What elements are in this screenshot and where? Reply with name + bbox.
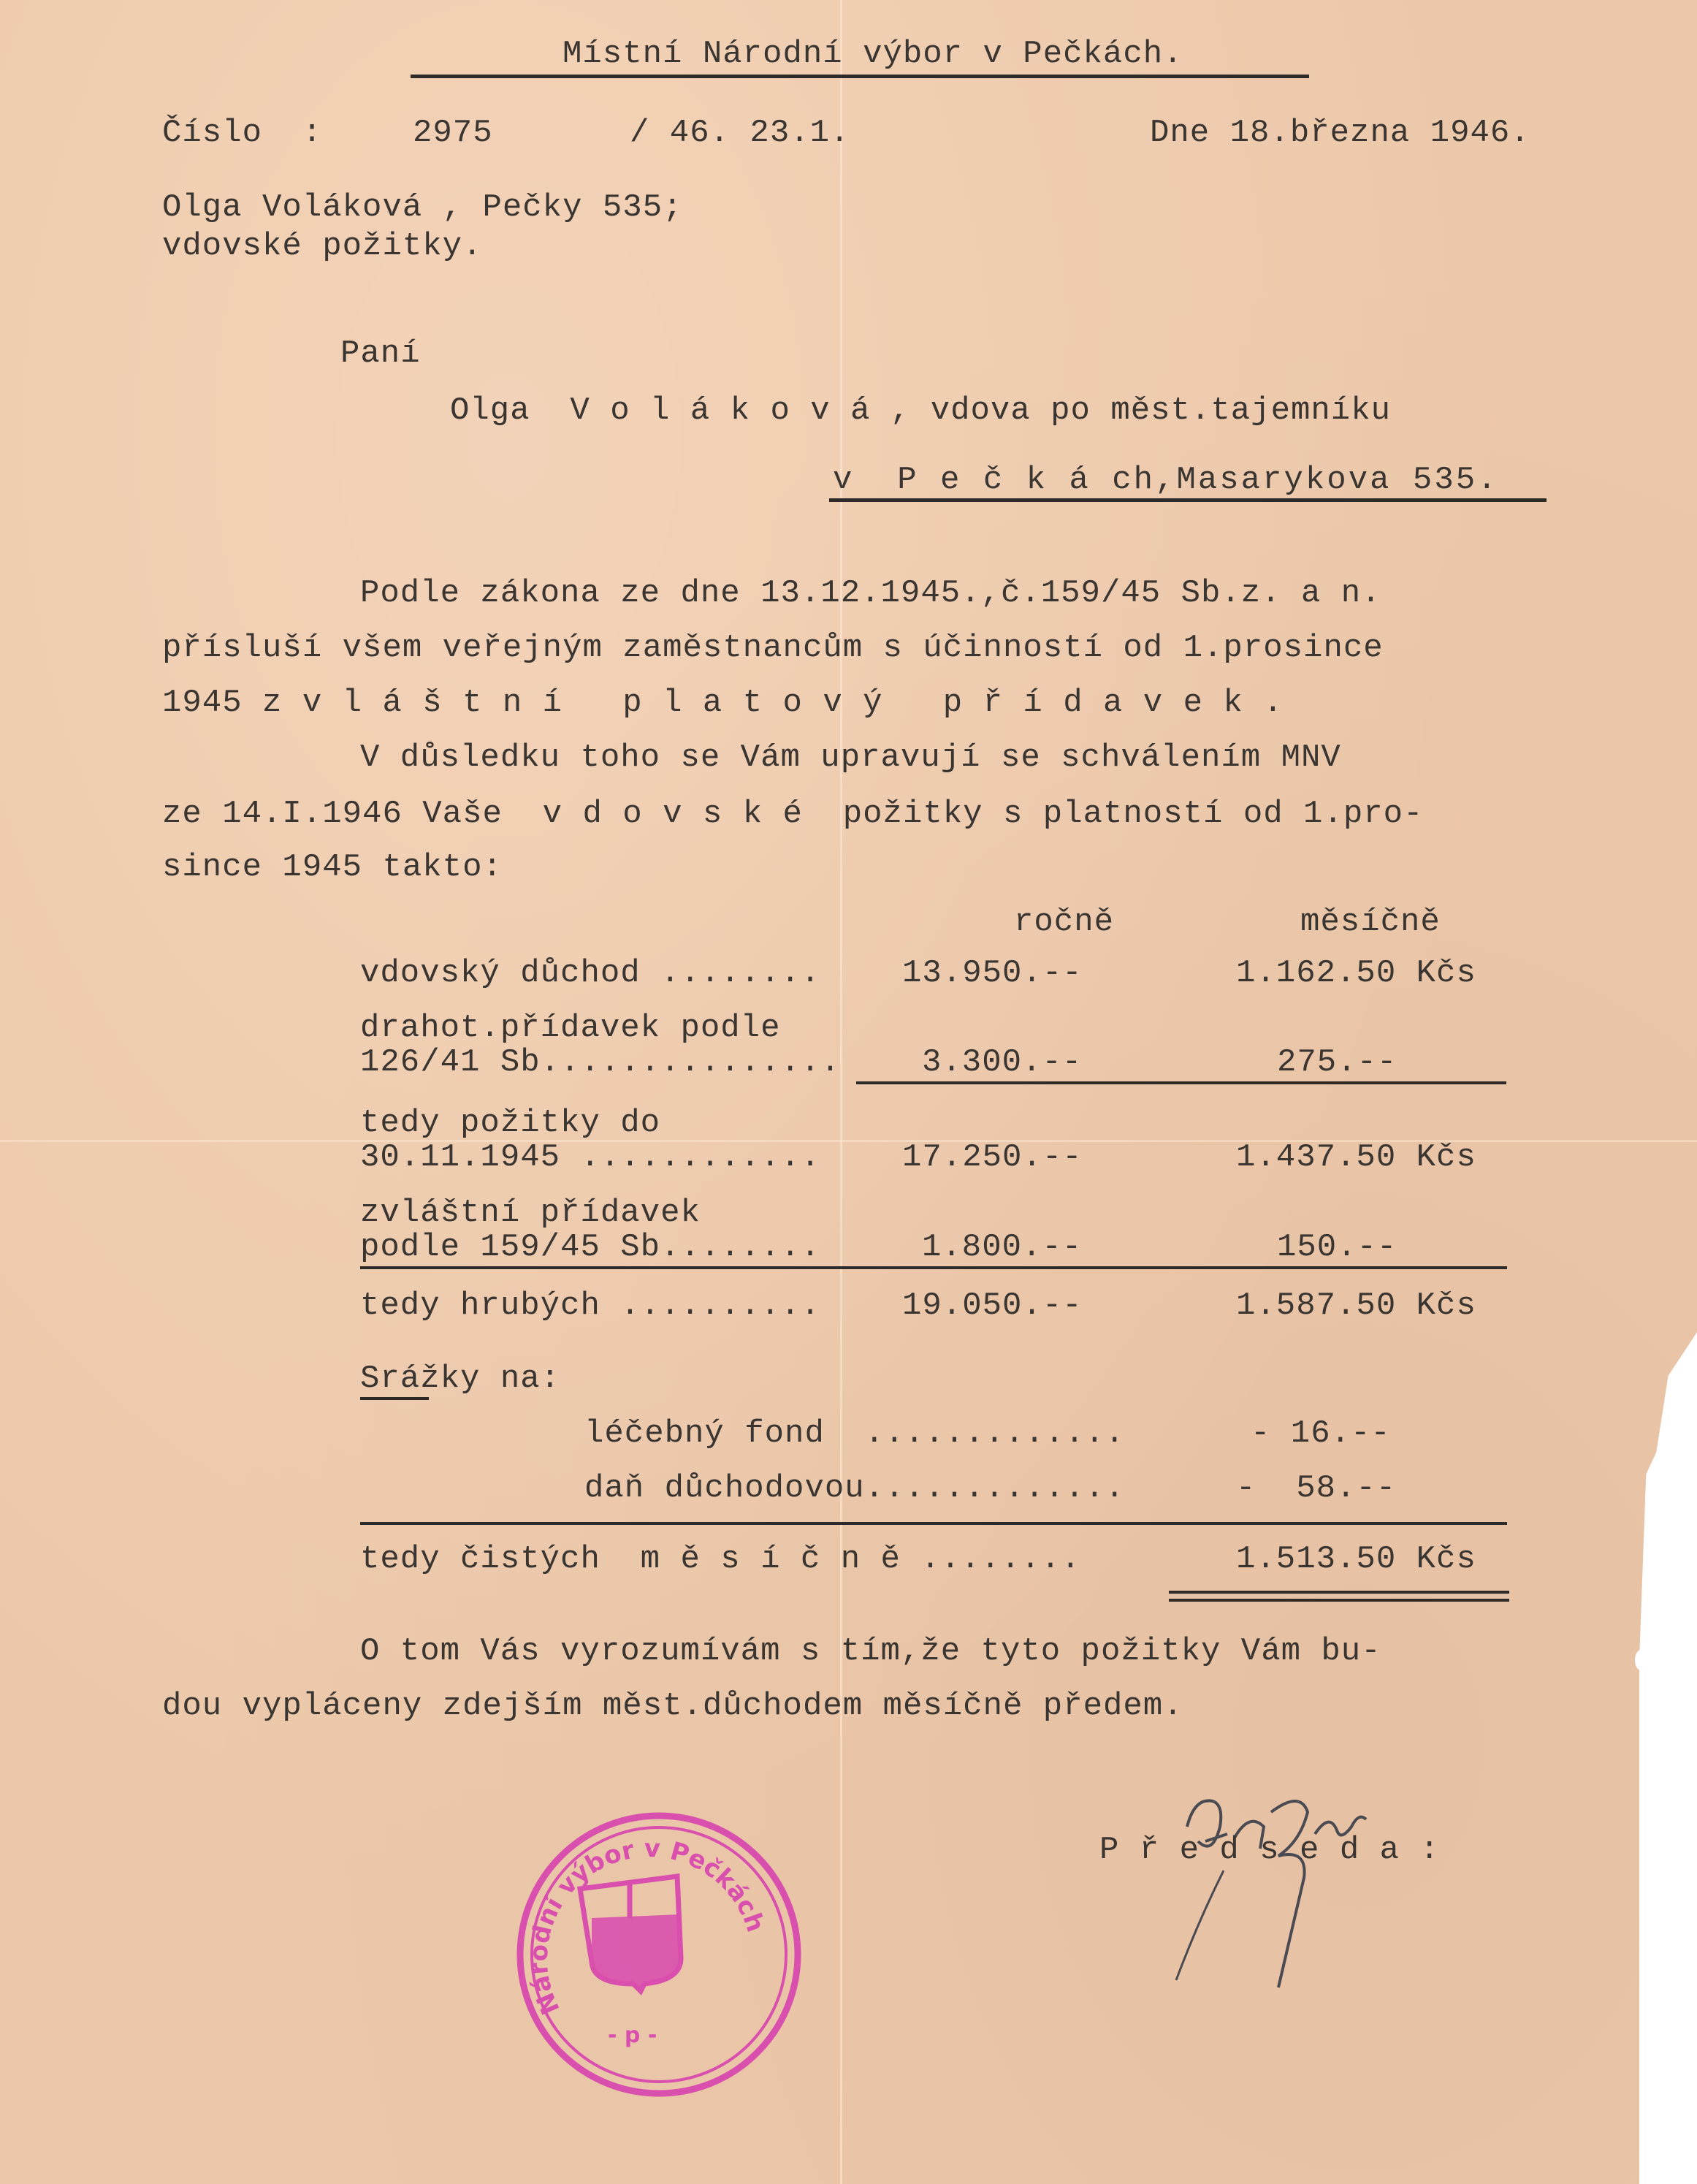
closing-line-2: dou vypláceny zdejším měst.důchodem měsí… xyxy=(162,1690,1183,1722)
net-double-underline-2 xyxy=(1169,1599,1509,1602)
signature-role: P ř e d s e d a : xyxy=(1099,1834,1440,1866)
letterhead-title: Místní Národní výbor v Pečkách. xyxy=(563,38,1183,70)
paragraph-2-line-2: ze 14.I.1946 Vaše v d o v s k é požitky … xyxy=(162,798,1423,830)
table-row-label: 126/41 Sb............... xyxy=(360,1046,841,1078)
paragraph-1-line-1: Podle zákona ze dne 13.12.1945.,č.159/45… xyxy=(360,577,1381,609)
table-row-label: tedy hrubých .......... xyxy=(360,1290,820,1322)
table-row-label: tedy požitky do xyxy=(360,1107,660,1139)
deductions-title-underline xyxy=(360,1397,429,1400)
column-header-monthly: měsíčně xyxy=(1300,906,1441,938)
subject-line-1: Olga Voláková , Pečky 535; xyxy=(162,191,683,224)
reference-number: 2975 xyxy=(413,117,493,149)
addressee-name: Olga V o l á k o v á , vdova po měst.taj… xyxy=(450,395,1391,427)
deductions-title: Srážky na: xyxy=(360,1363,560,1395)
table-row-yearly: 13.950.-- xyxy=(902,957,1083,989)
table-row-label: podle 159/45 Sb........ xyxy=(360,1231,820,1263)
table-row-yearly: 17.250.-- xyxy=(902,1141,1083,1173)
official-stamp: Národní výbor v Pečkách - p - xyxy=(498,1790,827,2097)
table-row-label: zvláštní přídavek xyxy=(360,1197,701,1229)
table-row-monthly: 1.437.50 Kčs xyxy=(1236,1141,1476,1173)
table-row-monthly: 1.587.50 Kčs xyxy=(1236,1290,1476,1322)
column-header-yearly: ročně xyxy=(1014,906,1114,938)
paragraph-1-line-2: přísluší všem veřejným zaměstnancům s úč… xyxy=(162,632,1384,664)
subtotal-underline-2 xyxy=(360,1266,1507,1269)
paragraph-2-line-1: V důsledku toho se Vám upravují se schvá… xyxy=(360,742,1341,774)
net-double-underline-1 xyxy=(1169,1591,1509,1594)
table-row-yearly: 3.300.-- xyxy=(922,1046,1082,1078)
table-row-yearly: 19.050.-- xyxy=(902,1290,1083,1322)
fold-crease-vertical xyxy=(840,0,842,2184)
table-row-label: vdovský důchod ........ xyxy=(360,957,820,989)
salutation: Paní xyxy=(340,338,421,370)
table-row-monthly: 275.-- xyxy=(1277,1046,1397,1078)
reference-suffix: / 46. 23.1. xyxy=(630,117,850,149)
handwritten-signature xyxy=(1154,1768,1461,2002)
deductions-underline xyxy=(360,1522,1507,1525)
letterhead-underline xyxy=(411,75,1309,78)
table-row-label: 30.11.1945 ............ xyxy=(360,1141,820,1173)
document-date: Dne 18.března 1946. xyxy=(1150,117,1530,149)
table-row-yearly: 1.800.-- xyxy=(922,1231,1082,1263)
stamp-coat-of-arms-icon: Národní výbor v Pečkách - p - xyxy=(498,1790,827,2097)
paragraph-1-line-3: 1945 z v l á š t n í p l a t o v ý p ř í… xyxy=(162,687,1284,719)
addressee-address: v P e č k á ch,Masarykova 535. xyxy=(833,464,1499,496)
subtotal-underline-1 xyxy=(856,1081,1506,1084)
deduction-row-label: daň důchodovou............. xyxy=(584,1472,1125,1504)
table-row-label: drahot.přídavek podle xyxy=(360,1012,781,1044)
deduction-row-value: - 58.-- xyxy=(1236,1472,1396,1504)
subject-line-2: vdovské požitky. xyxy=(162,230,482,262)
deduction-row-value: - 16.-- xyxy=(1251,1418,1391,1450)
closing-line-1: O tom Vás vyrozumívám s tím,že tyto poži… xyxy=(360,1635,1381,1667)
table-row-monthly: 1.162.50 Kčs xyxy=(1236,957,1476,989)
address-underline xyxy=(829,498,1547,502)
net-monthly-value: 1.513.50 Kčs xyxy=(1236,1543,1476,1575)
deduction-row-label: léčebný fond ............. xyxy=(584,1418,1125,1450)
paper-tear-hole xyxy=(1635,1650,1647,1670)
table-row-monthly: 150.-- xyxy=(1277,1231,1397,1263)
paragraph-2-line-3: since 1945 takto: xyxy=(162,851,503,883)
svg-text:- p -: - p - xyxy=(608,2023,657,2048)
net-monthly-label: tedy čistých m ě s í č n ě ........ xyxy=(360,1543,1081,1575)
reference-number-label: Číslo : xyxy=(162,117,322,149)
